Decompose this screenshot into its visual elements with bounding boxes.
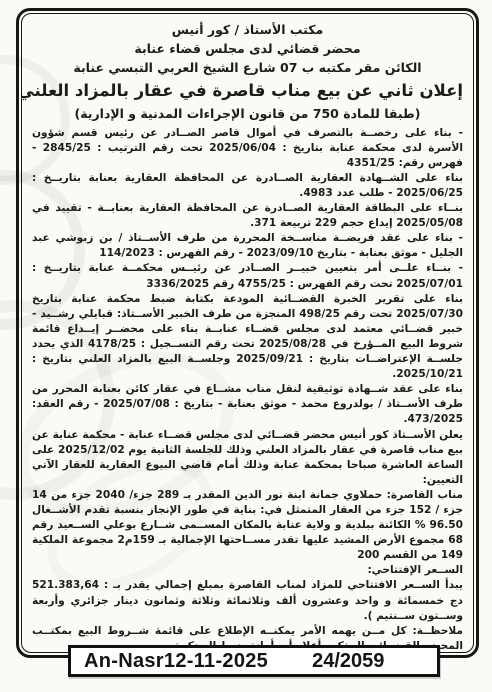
notice-header: مكتب الأستاذ / كور أنيس محضر قضائي لدى م… [32,21,463,123]
page-reference: 24/2059 [312,650,384,673]
notice-paragraph: بناء على تقرير الخبرة القضــائية المودعة… [32,292,463,383]
office-address: الكائن مقر مكتبه ب 07 شارع الشيخ العربي … [32,59,463,78]
office-name: مكتب الأستاذ / كور أنيس [32,21,463,40]
price-section-heading: الســعر الإفتتاحي: [32,563,463,578]
notice-paragraph: - بناء على رخصــة بالتصرف في أموال قاصر … [32,126,463,171]
notice-paragraph: بناء على عقد شــهادة توثيقية لنقل مناب م… [32,382,463,427]
bailiff-title: محضر قضائي لدى مجلس قضاء عنابة [32,40,463,59]
publication-strip: An-Nasr12-11-2025 24/2059 [68,645,440,677]
notice-paragraph: مناب القاصرة: حملاوي جمانة ابنة نور الدي… [32,488,463,563]
opening-price-paragraph: يبدأ الســعر الافتتاحي للمزاد لمناب القا… [32,578,463,623]
notice-paragraph: - بناء على عقد فريضــة مناســخة المحررة … [32,231,463,261]
publication-name-date: An-Nasr12-11-2025 [84,650,268,673]
legal-basis-line: (طبقا للمادة 750 من قانون الإجراءات المد… [32,105,463,123]
notice-paragraph: يعلن الأســتاذ كور أنيس محضر قضــائي لدى… [32,428,463,488]
notice-paragraph: - بنــاء علــى أمر بتعيين خبيــر الصــاد… [32,261,463,291]
notice-paragraph: بناء على الشــهادة العقارية الصــادرة عن… [32,171,463,201]
notice-content-area: مكتب الأستاذ / كور أنيس محضر قضائي لدى م… [21,13,474,653]
notice-body: - بناء على رخصــة بالتصرف في أموال قاصر … [32,126,463,653]
notice-title: إعلان ثاني عن بيع مناب قاصرة في عقار بال… [21,80,463,102]
legal-notice-document: مكتب الأستاذ / كور أنيس محضر قضائي لدى م… [0,0,492,692]
notice-paragraph: بنــاء على البطاقة العقارية الصــادرة عن… [32,201,463,231]
notice-border-frame: مكتب الأستاذ / كور أنيس محضر قضائي لدى م… [16,8,479,658]
